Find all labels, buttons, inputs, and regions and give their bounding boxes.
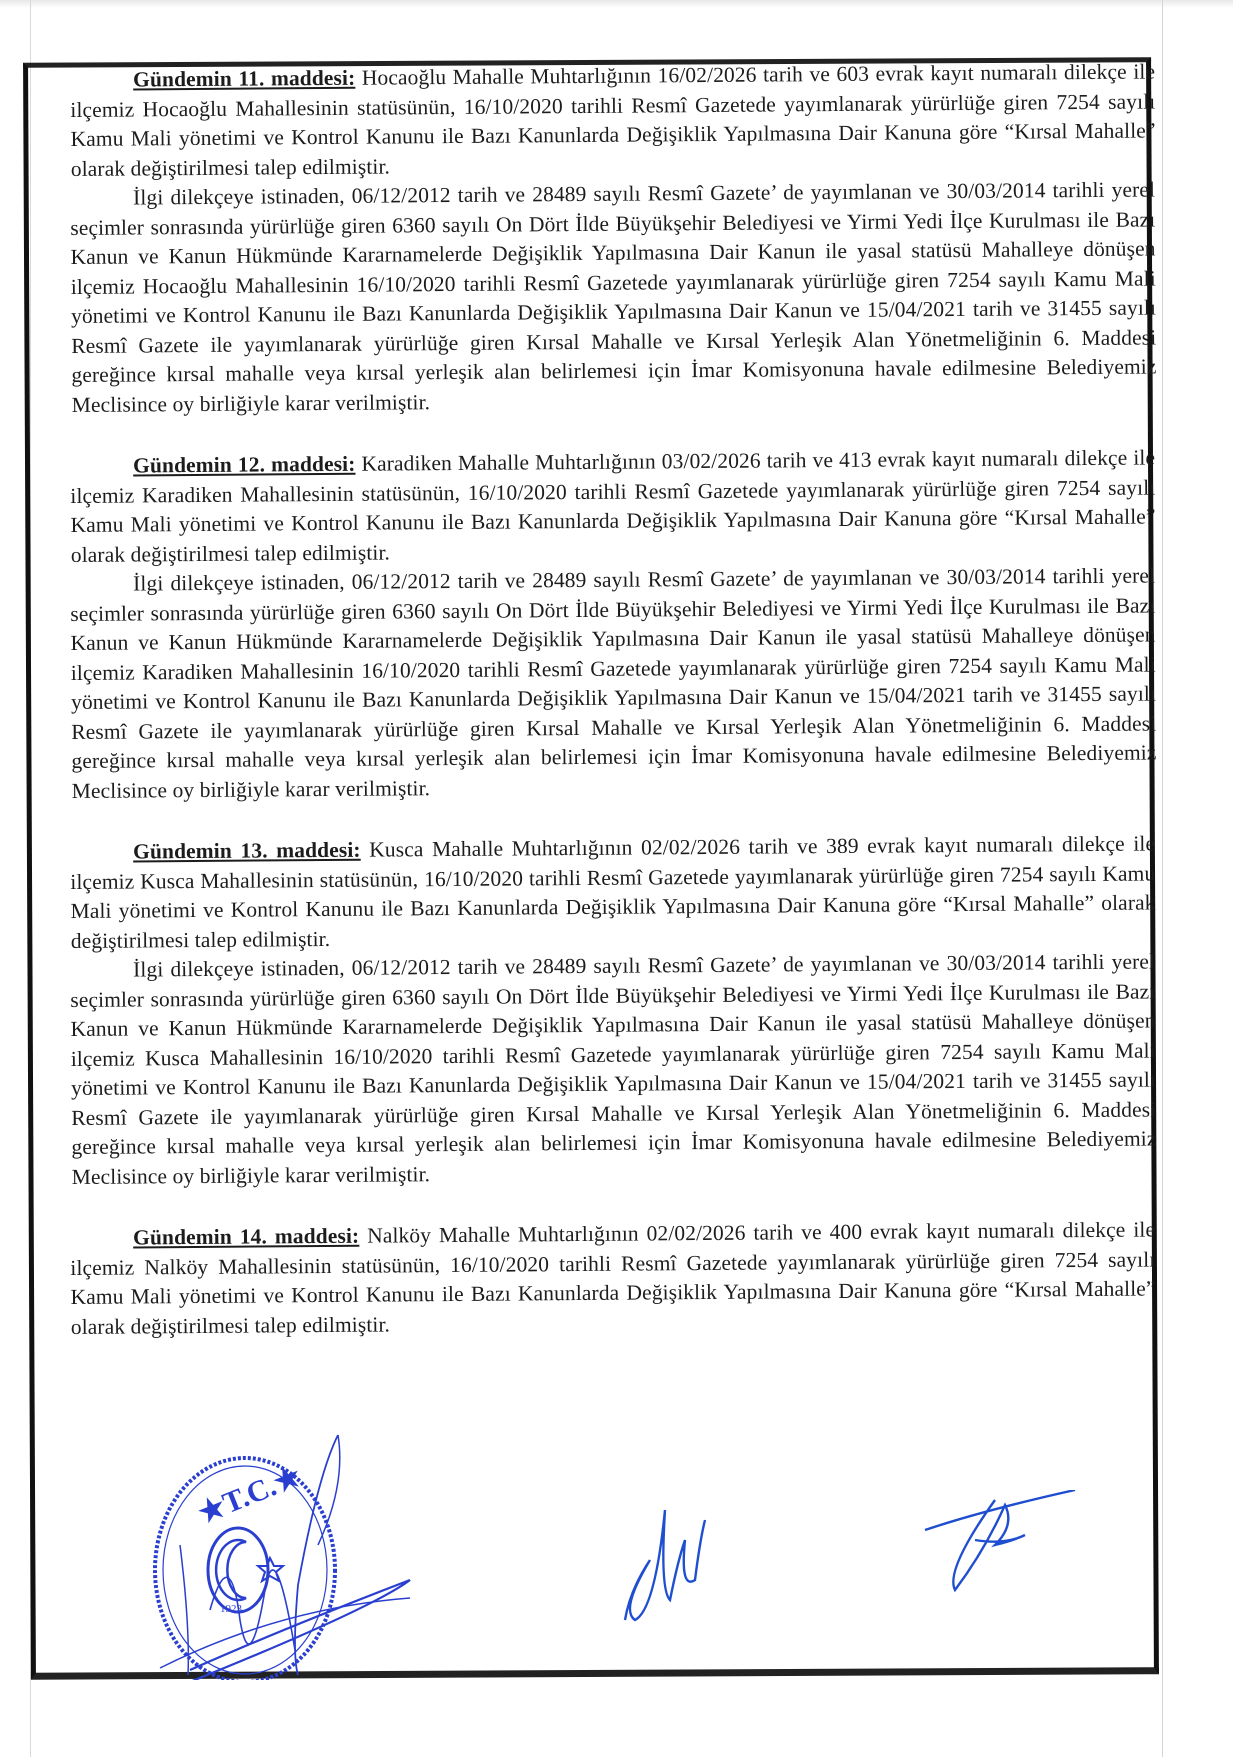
signature-area: ★T.C.★ 1923 <box>150 1430 1050 1680</box>
agenda-decision-paragraph: İlgi dilekçeye istinaden, 06/12/2012 tar… <box>70 947 1157 1192</box>
scan-top-shadow <box>0 0 1233 8</box>
agenda-heading: Gündemin 13. maddesi: <box>133 838 361 864</box>
agenda-request-paragraph: Gündemin 14. maddesi: Nalköy Mahalle Muh… <box>70 1215 1156 1342</box>
agenda-request-paragraph: Gündemin 13. maddesi: Kusca Mahalle Muht… <box>70 829 1156 956</box>
agenda-item-12: Gündemin 12. maddesi: Karadiken Mahalle … <box>70 452 1155 806</box>
official-seal-icon: ★T.C.★ 1923 <box>150 1430 470 1680</box>
agenda-request-paragraph: Gündemin 12. maddesi: Karadiken Mahalle … <box>70 443 1156 570</box>
agenda-item-11: Gündemin 11. maddesi: Hocaoğlu Mahalle M… <box>70 66 1155 420</box>
agenda-heading: Gündemin 14. maddesi: <box>133 1224 359 1250</box>
scan-edge-right <box>1162 0 1163 1757</box>
agenda-heading: Gündemin 11. maddesi: <box>133 66 355 92</box>
signature-3-icon <box>920 1490 1080 1600</box>
agenda-decision-paragraph: İlgi dilekçeye istinaden, 06/12/2012 tar… <box>70 175 1157 420</box>
svg-text:★T.C.★: ★T.C.★ <box>193 1459 306 1530</box>
agenda-item-13: Gündemin 13. maddesi: Kusca Mahalle Muht… <box>70 838 1155 1192</box>
agenda-decision-paragraph: İlgi dilekçeye istinaden, 06/12/2012 tar… <box>70 561 1157 806</box>
agenda-item-14: Gündemin 14. maddesi: Nalköy Mahalle Muh… <box>70 1224 1155 1342</box>
document-body: Gündemin 11. maddesi: Hocaoğlu Mahalle M… <box>70 66 1155 1342</box>
svg-text:1923: 1923 <box>220 1603 243 1615</box>
signature-2-icon <box>620 1500 710 1630</box>
agenda-request-paragraph: Gündemin 11. maddesi: Hocaoğlu Mahalle M… <box>70 57 1156 184</box>
agenda-heading: Gündemin 12. maddesi: <box>133 452 356 478</box>
